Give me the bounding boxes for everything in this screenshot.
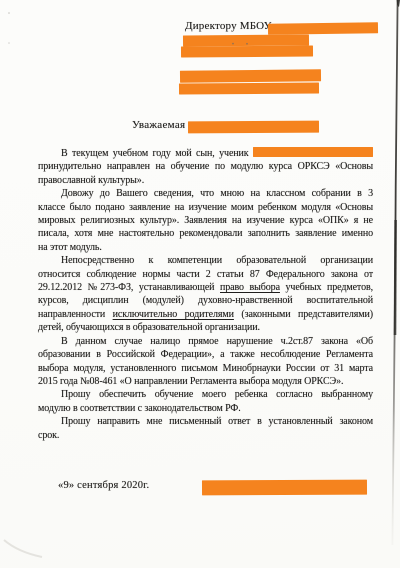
- body-text: (законными представителями): [234, 309, 373, 320]
- body-line: В текущем учебном году мой сын, ученик: [61, 147, 373, 160]
- body-line: 2015 года №08-461 «О направлении Регламе…: [38, 375, 373, 388]
- body-line: относится соблюдение нормы части 2 стать…: [38, 268, 373, 281]
- redaction-bar-sender-line-2: [179, 83, 319, 94]
- body-text: 2015 года №08-461 «О направлении Регламе…: [38, 376, 343, 387]
- salutation: Уважаемая: [132, 119, 185, 131]
- body-line: православной культуры».: [38, 174, 373, 187]
- body-text: курсов, дисциплин (модулей) духовно-нрав…: [38, 295, 373, 306]
- body-text: мировых религиозных культур». Заявления …: [38, 215, 373, 226]
- redaction-bar-sender-line-1: [180, 69, 321, 82]
- body-line: классе было подано заявление на изучение…: [38, 201, 373, 214]
- body-text: выбора модуля, установленного письмом Ми…: [38, 363, 373, 374]
- recipient-line: Директору МБОУ: [185, 20, 272, 32]
- redaction-bar-inline: [253, 147, 373, 157]
- body-text: В текущем учебном году мой сын, ученик: [61, 148, 253, 159]
- body-text: православной культуры».: [38, 175, 144, 186]
- body-text: Непосредственно к компетенции образовате…: [61, 255, 373, 266]
- body-text: относится соблюдение нормы части 2 стать…: [38, 269, 373, 280]
- body-line: срок.: [38, 429, 373, 442]
- body-text: классе было подано заявление на изучение…: [38, 202, 373, 213]
- body-text: принудительно направлен на обучение по м…: [38, 161, 373, 172]
- body-text: писала, хотя мне настоятельно рекомендов…: [38, 228, 373, 239]
- page-edge-top-tick: [397, 0, 400, 7]
- redaction-bar-salutation-name: [188, 121, 319, 133]
- body-line: Довожу до Вашего сведения, что мною на к…: [61, 187, 373, 200]
- body-text: детей, обучающихся в образовательной орг…: [38, 322, 260, 333]
- redaction-bar-school-line-1: [183, 34, 309, 46]
- body-line: 29.12.2012 №273-ФЗ, устанавливающей прав…: [38, 281, 373, 294]
- date-line: «9» сентября 2020г.: [58, 480, 149, 491]
- body-line: принудительно направлен на обучение по м…: [38, 160, 373, 173]
- body-line: на этот модуль.: [38, 241, 373, 254]
- body-text: Прошу обеспечить обучение моего ребенка …: [61, 389, 373, 400]
- body-line: мировых религиозных культур». Заявления …: [38, 214, 373, 227]
- letter-body: В текущем учебном году мой сын, ученик п…: [38, 147, 373, 442]
- body-line: направленности исключительно родителями …: [38, 308, 373, 321]
- redaction-bar-recipient-name: [268, 22, 378, 35]
- underlined-text: исключительно родителями: [113, 309, 234, 320]
- body-text: срок.: [38, 430, 59, 441]
- body-line: детей, обучающихся в образовательной орг…: [38, 321, 373, 334]
- body-text: направленности: [38, 309, 113, 320]
- body-line: курсов, дисциплин (модулей) духовно-нрав…: [38, 294, 373, 307]
- underlined-text: право выбора: [220, 282, 280, 293]
- body-text: В данном случае налицо прямое нарушение …: [61, 336, 373, 347]
- scan-speck: [8, 42, 10, 44]
- body-line: образовании в Российской Федерации», а т…: [38, 348, 373, 361]
- salutation-text: Уважаемая: [132, 119, 185, 131]
- body-text: Прошу направить мне письменный ответ в у…: [61, 416, 373, 427]
- scan-speck: [8, 12, 10, 14]
- bottom-smudge: [4, 540, 42, 557]
- body-text: учебных предметов,: [280, 282, 373, 293]
- body-text: модулю в соответствии с законодательство…: [38, 403, 241, 414]
- body-line: В данном случае налицо прямое нарушение …: [61, 335, 373, 348]
- body-text: Довожу до Вашего сведения, что мною на к…: [61, 188, 373, 199]
- page-edge-line: [392, 0, 397, 545]
- body-line: Прошу обеспечить обучение моего ребенка …: [61, 388, 373, 401]
- redaction-bar-school-line-2: [181, 46, 313, 58]
- body-line: выбора модуля, установленного письмом Ми…: [38, 362, 373, 375]
- body-line: Прошу направить мне письменный ответ в у…: [61, 415, 373, 428]
- recipient-text: Директору МБОУ: [185, 20, 272, 32]
- body-line: писала, хотя мне настоятельно рекомендов…: [38, 227, 373, 240]
- body-text: образовании в Российской Федерации», а т…: [38, 349, 373, 360]
- scanned-letter-page: Директору МБОУ Уважаемая В текущем учебн…: [0, 0, 400, 568]
- body-line: модулю в соответствии с законодательство…: [38, 402, 373, 415]
- redaction-bar-signature: [202, 480, 367, 496]
- body-line: Непосредственно к компетенции образовате…: [61, 254, 373, 267]
- body-text: на этот модуль.: [38, 242, 102, 253]
- page-edge-thick: [395, 220, 396, 335]
- body-text: 29.12.2012 №273-ФЗ, устанавливающей: [38, 282, 220, 293]
